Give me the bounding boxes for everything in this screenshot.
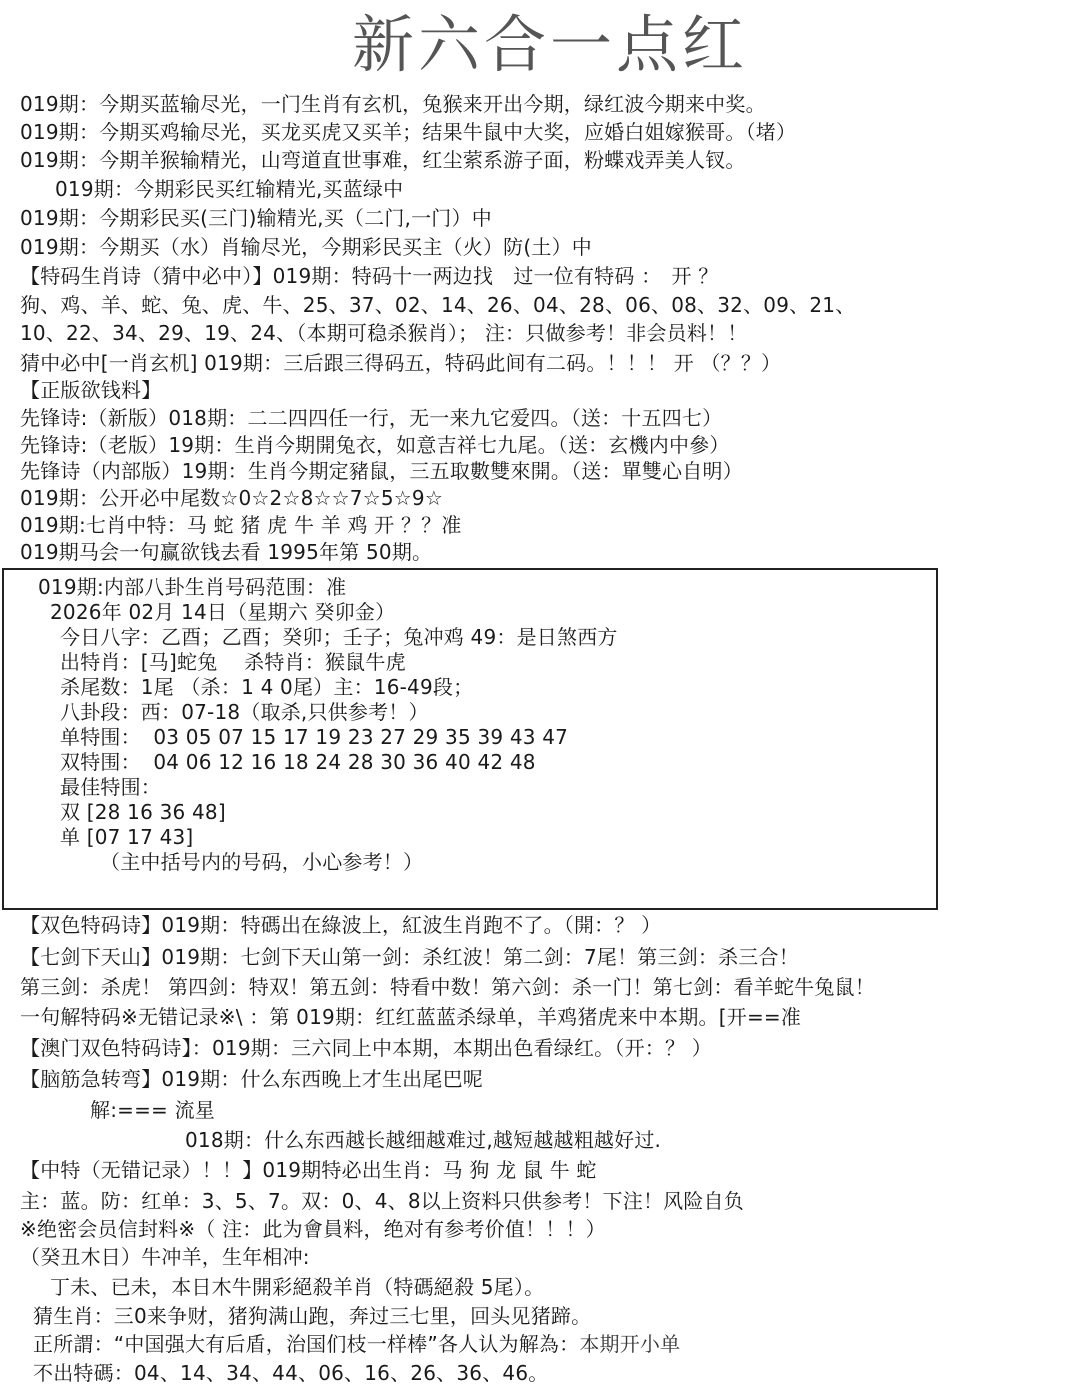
bagua-sha-wei: 杀尾数：1尾 （杀：1 4 0尾）主：16-49段； [60,674,473,700]
zheng-suo-wei-answer: 本期开小单 [579,1332,680,1356]
shuang-numbers: 04 06 12 16 18 24 28 30 36 40 42 48 [153,750,535,774]
bagua-dan-row: 单特围： 03 05 07 15 17 19 23 27 29 35 39 43… [60,724,568,750]
intro-line-4: 019期：今期彩民买红输精光,买蓝绿中 [55,176,403,202]
zhengban-line-4: 019期：公开必中尾数☆0☆2☆8☆☆7☆5☆9☆ [20,485,443,511]
tema-poem-line-1: 狗、鸡、羊、蛇、兔、虎、牛、25、37、02、14、26、04、28、06、08… [20,292,855,318]
bagua-shuang-row: 双特围： 04 06 12 16 18 24 28 30 36 40 42 48 [60,749,536,775]
zheng-suo-wei-line: 正所謂：“中国强大有后盾，治国们枝一样棒”各人认为解為：本期开小单 [33,1331,680,1357]
intro-line-1: 019期：今期买蓝输尽光，一门生肖有玄机，兔猴来开出今期，绿红波今期来中奖。 [20,91,766,117]
bagua-chu-sha: 出特肖：[马]蛇兔 杀特肖：猴鼠牛虎 [60,649,406,675]
zhengban-line-2: 先锋诗:（老版）19期：生肖今期開兔衣，如意吉祥七九尾。（送：玄機内中參） [20,432,730,458]
riddle-answer: 解:=== 流星 [90,1097,215,1123]
guichou-line: （癸丑木日）牛冲羊，生年相冲: [20,1244,310,1270]
riddle-question: 【脑筋急转弯】019期：什么东西晚上才生出尾巴呢 [20,1066,483,1092]
zhengban-header: 【正版欲钱料】 [20,377,161,403]
tema-poem-header: 【特码生肖诗（猜中必中）】019期：特码十一两边找 过一位有特码 ： 开 ？ [20,263,719,289]
bagua-best-dan: 单 [07 17 43] [60,824,193,850]
bagua-bazi: 今日八字：乙酉；乙酉；癸卯；壬子；兔冲鸡 49：是日煞西方 [60,624,618,650]
dan-label: 单特围： [60,725,141,749]
bagua-duan: 八卦段：西：07-18（取杀,只供参考！） [60,699,429,725]
bagua-date: 2026年 02月 14日（星期六 癸卯金） [50,599,395,625]
bagua-header: 019期:内部八卦生肖号码范围：准 [38,574,346,600]
qijian-line-2: 第三剑：杀虎！ 第四剑：特双！第五剑：特看中数！第六剑：杀一门！第七剑：看羊蛇牛… [20,974,875,1000]
zhengban-line-6: 019期马会一句赢欲钱去看 1995年第 50期。 [20,539,432,565]
qijian-line-1: 【七剑下天山】019期：七剑下天山第一剑：杀红波！第二剑：7尾！第三剑：杀三合！ [20,944,799,970]
shuangse-poem: 【双色特码诗】019期：特碼出在綠波上，紅波生肖跑不了。（開：？ ） [20,912,661,938]
dingwei-line: 丁未、已未，本日木牛開彩絕殺羊肖（特碼絕殺 5尾）。 [50,1274,544,1300]
intro-line-5: 019期：今期彩民买(三门)输精光,买（二门,一门）中 [20,205,492,231]
bagua-best-shuang: 双 [28 16 36 48] [60,799,226,825]
zhengban-line-5: 019期:七肖中特：马 蛇 猪 虎 牛 羊 鸡 开 ？？准 [20,512,462,538]
tema-poem-line-3: 猜中必中[一肖玄机] 019期：三后跟三得码五，特码此间有二码。！！！ 开 （？… [20,350,781,376]
riddle-previous: 018期：什么东西越长越细越难过,越短越越粗越好过. [185,1127,661,1153]
bagua-best-label: 最佳特围： [60,774,161,800]
guess-zodiac-line: 猜生肖：三0来争财，猪狗满山跑，奔过三七里，回头见猪蹄。 [33,1303,591,1329]
bu-chu-tema-line: 不出特碼：04、14、34、44、06、16、26、36、46。 [33,1360,548,1386]
tema-poem-line-2: 10、22、34、29、19、24、（本期可稳杀猴肖）； 注：只做参考！非会员料… [20,320,747,346]
secret-member-line: ※绝密会员信封料※（ 注：此为會員料，绝对有参考价值！！！） [20,1216,606,1242]
zhengban-line-1: 先锋诗:（新版）018期：二二四四任一行，无一来九它爱四。（送：十五四七） [20,405,722,431]
zhengban-line-3: 先锋诗（内部版）19期：生肖今期定豬鼠，三五取數雙來開。（送：單雙心自明） [20,458,743,484]
dan-numbers: 03 05 07 15 17 19 23 27 29 35 39 43 47 [153,725,568,749]
intro-line-2: 019期：今期买鸡输尽光，买龙买虎又买羊；结果牛鼠中大奖，应婚白姐嫁猴哥。（堵） [20,119,796,145]
page-title: 新六合一点红 [0,8,1080,82]
zhongte-line: 【中特（无错记录）！！】019期特必出生肖：马 狗 龙 鼠 牛 蛇 [20,1157,597,1183]
aomen-poem: 【澳门双色特码诗】：019期：三六同上中本期，本期出色看绿红。（开：？ ） [20,1035,712,1061]
bagua-note: （主中括号内的号码，小心参考！） [100,849,423,875]
zheng-suo-wei-text: 正所謂：“中国强大有后盾，治国们枝一样棒”各人认为解為： [33,1332,579,1356]
zhu-fang-line: 主：蓝。防：红单：3、5、7。双：0、4、8以上资料只供参考！下注！风险自负 [20,1188,744,1214]
shuang-label: 双特围： [60,750,141,774]
intro-line-3: 019期：今期羊猴输精光，山弯道直世事难，红尘萦系游子面，粉蝶戏弄美人钗。 [20,147,746,173]
intro-line-6: 019期：今期买（水）肖输尽光，今期彩民买主（火）防(土）中 [20,234,592,260]
yiju-jie-tema: 一句解特码※无错记录※\ ：第 019期：红红蓝蓝杀绿单，羊鸡猪虎来中本期。[开… [20,1004,801,1030]
